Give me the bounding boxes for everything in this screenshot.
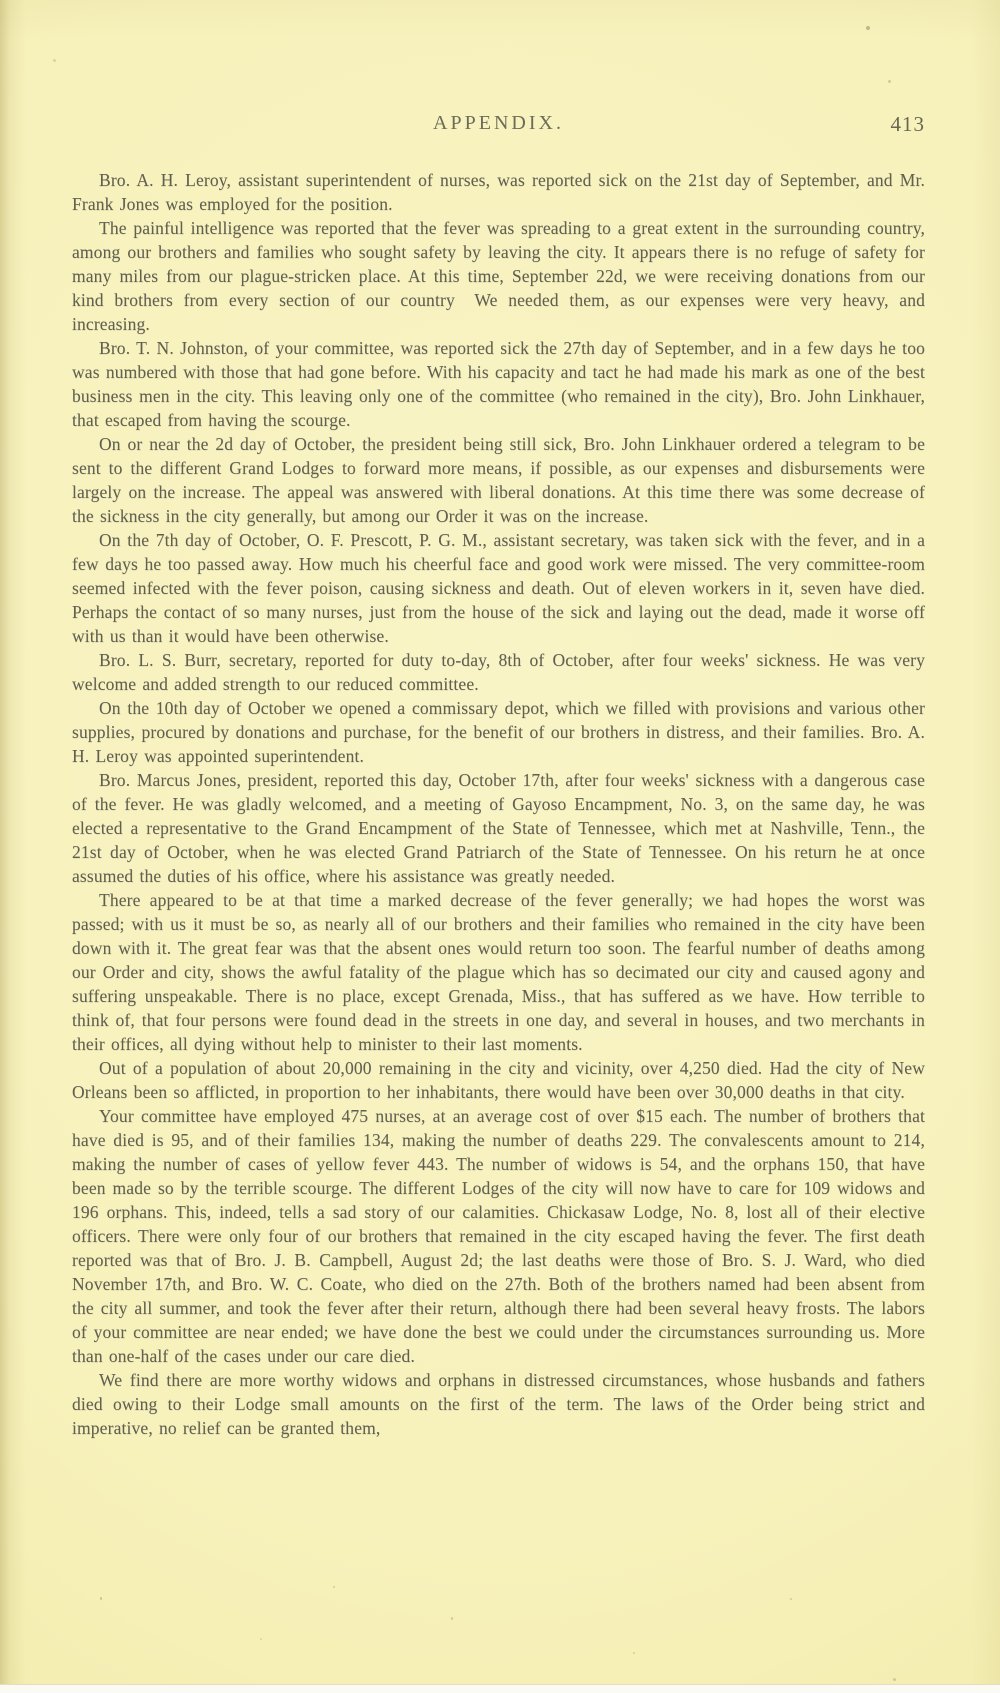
paragraph: On or near the 2d day of October, the pr…: [72, 432, 925, 528]
paper-speck: [866, 26, 870, 30]
paper-speck: [260, 1638, 262, 1640]
running-head-title: APPENDIX.: [72, 112, 925, 135]
page-body-text: Bro. A. H. Leroy, assistant superintende…: [72, 168, 925, 1440]
running-head: APPENDIX. 413: [72, 112, 925, 142]
paper-speck: [53, 59, 56, 62]
scan-edge: [0, 1684, 1000, 1693]
paper-speck: [451, 1617, 453, 1620]
paragraph: On the 10th day of October we opened a c…: [72, 696, 925, 768]
paragraph: The painful intelligence was reported th…: [72, 216, 925, 336]
paper-speck: [633, 1652, 635, 1654]
paper-speck: [888, 80, 891, 83]
paragraph: Your committee have employed 475 nurses,…: [72, 1104, 925, 1368]
paper-speck: [100, 1597, 102, 1600]
paragraph: There appeared to be at that time a mark…: [72, 888, 925, 1056]
paper-speck: [790, 1598, 792, 1600]
paragraph: Bro. Marcus Jones, president, reported t…: [72, 768, 925, 888]
paper-speck: [333, 1586, 335, 1588]
scanned-book-page: APPENDIX. 413 Bro. A. H. Leroy, assistan…: [0, 0, 1000, 1693]
paper-speck: [893, 1678, 896, 1681]
paragraph: Bro. T. N. Johnston, of your committee, …: [72, 336, 925, 432]
paragraph: We find there are more worthy widows and…: [72, 1368, 925, 1440]
paragraph: Out of a population of about 20,000 rema…: [72, 1056, 925, 1104]
paragraph: On the 7th day of October, O. F. Prescot…: [72, 528, 925, 648]
paragraph: Bro. L. S. Burr, secretary, reported for…: [72, 648, 925, 696]
paragraph: Bro. A. H. Leroy, assistant superintende…: [72, 168, 925, 216]
page-number: 413: [891, 112, 926, 137]
